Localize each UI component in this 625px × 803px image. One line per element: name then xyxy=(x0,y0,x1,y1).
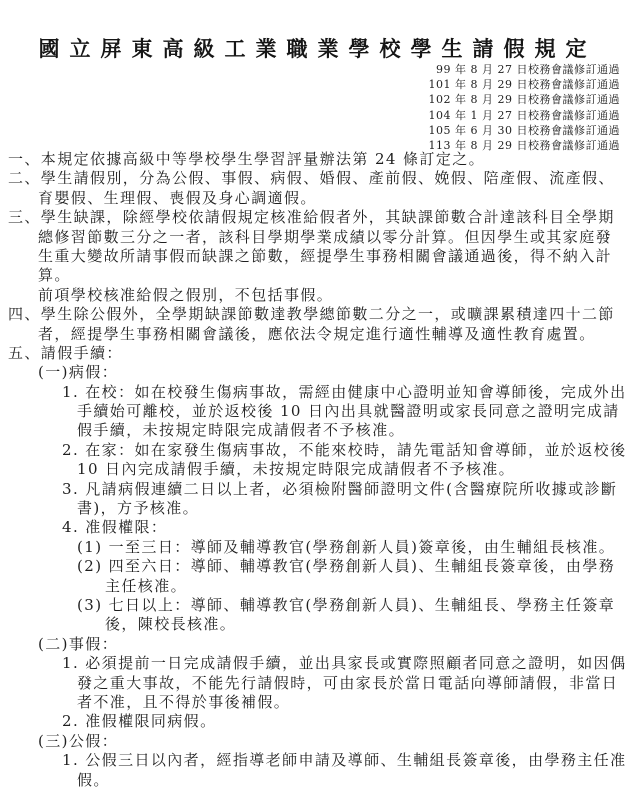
text-line-content: 五、請假手續： xyxy=(8,344,123,362)
text-line-content: 生重大變故所請事假而缺課之節數，經提學生事務相關會議通過後，得不納入計 xyxy=(38,247,612,265)
text-line: 2. 在家：如在家發生傷病事故，不能來校時，請先電話知會導師，並於返校後 xyxy=(0,441,625,460)
revision-line: 101 年 8 月 29 日校務會議修訂通過 xyxy=(0,77,620,92)
text-line-content: 三、學生缺課，除經學校依請假規定核准給假者外，其缺課節數合計達該科目全學期 xyxy=(8,208,615,226)
text-line: 四、學生除公假外，全學期缺課節數達教學總節數二分之一，或曠課累積達四十二節 xyxy=(0,305,625,324)
revision-text: 102 年 8 月 29 日校務會議修訂通過 xyxy=(429,93,620,106)
text-line: 算。 xyxy=(0,266,625,285)
text-line-content: 3. 凡請病假連續二日以上者，必須檢附醫師證明文件(含醫療院所收據或診斷 xyxy=(62,480,617,498)
text-line: 1. 在校：如在校發生傷病事故，需經由健康中心證明並知會導師後，完成外出 xyxy=(0,383,625,402)
revision-line: 105 年 6 月 30 日校務會議修訂通過 xyxy=(0,123,620,138)
text-line: (1) 一至三日：導師及輔導教官(學務創新人員)簽章後，由生輔組長核准。 xyxy=(0,538,625,557)
text-line-content: 4. 准假權限： xyxy=(62,518,167,536)
text-line-content: 後，陳校長核准。 xyxy=(105,615,236,633)
text-line: 手續始可離校，並於返校後 10 日內出具就醫證明或家長同意之證明完成請 xyxy=(0,402,625,421)
text-line-content: 1. 必須提前一日完成請假手續，並出具家長或實際照顧者同意之證明，如因偶 xyxy=(62,654,625,672)
text-line-content: 2. 准假權限同病假。 xyxy=(62,712,216,730)
text-line-content: (3) 七日以上：導師、輔導教官(學務創新人員)、生輔組長、學務主任簽章 xyxy=(77,596,615,614)
text-line-content: 者，經提學生事務相關會議後，應依法令規定進行適性輔導及適性教育處置。 xyxy=(38,325,596,343)
text-line: (三)公假： xyxy=(0,732,625,751)
text-line-content: (三)公假： xyxy=(38,732,118,750)
text-line-content: 假。 xyxy=(77,771,110,789)
revision-line: 102 年 8 月 29 日校務會議修訂通過 xyxy=(0,92,620,107)
text-line: (二)事假： xyxy=(0,635,625,654)
text-line-content: 二、學生請假別，分為公假、事假、病假、婚假、產前假、娩假、陪產假、流產假、 xyxy=(8,169,615,187)
revision-line: 104 年 1 月 27 日校務會議修訂通過 xyxy=(0,108,620,123)
text-line-content: (1) 一至三日：導師及輔導教官(學務創新人員)簽章後，由生輔組長核准。 xyxy=(77,538,615,556)
text-line-content: 者不准，且不得於事後補假。 xyxy=(77,693,290,711)
text-line-content: 一、本規定依據高級中等學校學生學習評量辦法第 24 條訂定之。 xyxy=(8,150,485,168)
document-page: 國立屏東高級工業職業學校學生請假規定 99 年 8 月 27 日校務會議修訂通過… xyxy=(0,0,625,803)
text-line: 總修習節數三分之一者，該科目學期學業成績以零分計算。但因學生或其家庭發 xyxy=(0,228,625,247)
text-line: 一、本規定依據高級中等學校學生學習評量辦法第 24 條訂定之。 xyxy=(0,150,625,169)
document-title: 國立屏東高級工業職業學校學生請假規定 xyxy=(0,33,625,63)
text-line: (2) 四至六日：導師、輔導教官(學務創新人員)、生輔組長簽章後，由學務 xyxy=(0,557,625,576)
text-line: 三、學生缺課，除經學校依請假規定核准給假者外，其缺課節數合計達該科目全學期 xyxy=(0,208,625,227)
revision-text: 105 年 6 月 30 日校務會議修訂通過 xyxy=(429,124,620,137)
text-line: 生重大變故所請事假而缺課之節數，經提學生事務相關會議通過後，得不納入計 xyxy=(0,247,625,266)
text-line-content: 書)，方予核准。 xyxy=(77,499,199,517)
text-line-content: 2. 在家：如在家發生傷病事故，不能來校時，請先電話知會導師，並於返校後 xyxy=(62,441,625,459)
text-line-content: (2) 四至六日：導師、輔導教官(學務創新人員)、生輔組長簽章後，由學務 xyxy=(77,557,615,575)
text-line: (一)病假： xyxy=(0,363,625,382)
text-line-content: 1. 公假三日以內者，經指導老師申請及導師、生輔組長簽章後，由學務主任准 xyxy=(62,751,625,769)
text-line: 二、學生請假別，分為公假、事假、病假、婚假、產前假、娩假、陪產假、流產假、 xyxy=(0,169,625,188)
text-line-content: 假手續，未按規定時限完成請假者不予核准。 xyxy=(77,421,405,439)
text-line-content: 1. 在校：如在校發生傷病事故，需經由健康中心證明並知會導師後，完成外出 xyxy=(62,383,625,401)
revision-text: 99 年 8 月 27 日校務會議修訂通過 xyxy=(436,63,620,76)
text-line-content: 四、學生除公假外，全學期缺課節數達教學總節數二分之一，或曠課累積達四十二節 xyxy=(8,305,615,323)
text-line: 假。 xyxy=(0,771,625,790)
text-line: 2. 准假權限同病假。 xyxy=(0,712,625,731)
text-line-content: 算。 xyxy=(38,266,71,284)
text-line: 10 日內完成請假手續，未按規定時限完成請假者不予核准。 xyxy=(0,460,625,479)
text-line: 者不准，且不得於事後補假。 xyxy=(0,693,625,712)
text-line: 3. 凡請病假連續二日以上者，必須檢附醫師證明文件(含醫療院所收據或診斷 xyxy=(0,480,625,499)
revision-history: 99 年 8 月 27 日校務會議修訂通過 101 年 8 月 29 日校務會議… xyxy=(0,62,620,153)
text-line-content: 前項學校核准給假之假別，不包括事假。 xyxy=(38,286,333,304)
text-line: 前項學校核准給假之假別，不包括事假。 xyxy=(0,286,625,305)
document-body: 一、本規定依據高級中等學校學生學習評量辦法第 24 條訂定之。 二、學生請假別，… xyxy=(0,150,625,790)
text-line-content: 發之重大事故，不能先行請假時，可由家長於當日電話向導師請假，非當日 xyxy=(77,674,618,692)
text-line: (3) 七日以上：導師、輔導教官(學務創新人員)、生輔組長、學務主任簽章 xyxy=(0,596,625,615)
text-line: 書)，方予核准。 xyxy=(0,499,625,518)
text-line: 假手續，未按規定時限完成請假者不予核准。 xyxy=(0,421,625,440)
revision-line: 99 年 8 月 27 日校務會議修訂通過 xyxy=(0,62,620,77)
text-line: 育嬰假、生理假、喪假及身心調適假。 xyxy=(0,189,625,208)
text-line-content: 育嬰假、生理假、喪假及身心調適假。 xyxy=(38,189,317,207)
text-line: 主任核准。 xyxy=(0,577,625,596)
text-line-content: (二)事假： xyxy=(38,635,118,653)
text-line-content: 10 日內完成請假手續，未按規定時限完成請假者不予核准。 xyxy=(77,460,515,478)
text-line: 五、請假手續： xyxy=(0,344,625,363)
revision-text: 104 年 1 月 27 日校務會議修訂通過 xyxy=(429,109,620,122)
text-line: 4. 准假權限： xyxy=(0,518,625,537)
text-line: 1. 公假三日以內者，經指導老師申請及導師、生輔組長簽章後，由學務主任准 xyxy=(0,751,625,770)
text-line: 者，經提學生事務相關會議後，應依法令規定進行適性輔導及適性教育處置。 xyxy=(0,325,625,344)
text-line-content: 手續始可離校，並於返校後 10 日內出具就醫證明或家長同意之證明完成請 xyxy=(77,402,620,420)
text-line: 後，陳校長核准。 xyxy=(0,615,625,634)
revision-text: 101 年 8 月 29 日校務會議修訂通過 xyxy=(429,78,620,91)
text-line-content: (一)病假： xyxy=(38,363,118,381)
text-line-content: 總修習節數三分之一者，該科目學期學業成績以零分計算。但因學生或其家庭發 xyxy=(38,228,612,246)
text-line-content: 主任核准。 xyxy=(105,577,187,595)
text-line: 發之重大事故，不能先行請假時，可由家長於當日電話向導師請假，非當日 xyxy=(0,674,625,693)
text-line: 1. 必須提前一日完成請假手續，並出具家長或實際照顧者同意之證明，如因偶 xyxy=(0,654,625,673)
